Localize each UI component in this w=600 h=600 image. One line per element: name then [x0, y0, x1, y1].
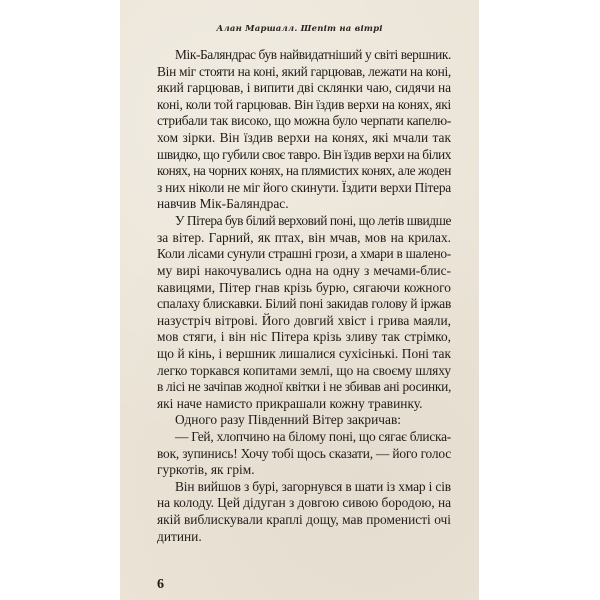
text-line: якій виблискували краплі дощу, мав проме… [157, 512, 451, 529]
text-line: спалаху блискавки. Білий поні закидав го… [157, 296, 451, 313]
text-line: конях, на чорних конях, на плямистих кон… [157, 163, 451, 180]
text-line: му вирі накочувались одна на одну з меча… [157, 263, 451, 280]
text-line: кавицями, Пітер гнав крізь бурю, сягаючи… [157, 280, 451, 297]
text-line: з них ніколи не міг його скинути. Їздити… [157, 180, 451, 197]
text-line: Він вийшов з бурі, загорнувся в шати із … [157, 479, 451, 496]
text-line: стрибали так високо, що можна було черпа… [157, 113, 451, 130]
text-line: що й кінь, і вершник лишалися сухісінькі… [157, 346, 451, 363]
text-line: коні, коли той гарцював. Він їздив верхи… [157, 97, 451, 114]
running-head: Алан Маршалл. Шепіт на вітрі [120, 24, 479, 34]
text-line: хом зірки. Він їздив верхи на конях, які… [157, 130, 451, 147]
text-line: який гарцював, і випити дві склянки чаю,… [157, 80, 451, 97]
text-line: — Гей, хлопчино на білому поні, що сягає… [157, 429, 451, 446]
text-line: дитини. [157, 529, 451, 546]
text-line: навчив Мік-Баляндрас. [157, 196, 451, 213]
text-line: назустріч вітрові. Його довгий хвіст і г… [157, 313, 451, 330]
body-text: Мік-Баляндрас був найвидатніший у світі … [157, 47, 451, 545]
text-line: Він міг стояти на коні, який гарцював, л… [157, 64, 451, 81]
text-line: гуркотів, як грім. [157, 462, 451, 479]
page-number: 6 [157, 577, 164, 593]
text-line: Одного разу Південний Вітер закричав: [157, 412, 451, 429]
text-line: за вітер. Гарний, як птах, він мчав, мов… [157, 230, 451, 247]
text-line: які наче намисто прикрашали кожну травин… [157, 396, 451, 413]
text-line: на колоду. Цей дідуган з довгою сивою бо… [157, 495, 451, 512]
text-line: У Пітера був білий верховий поні, що лет… [157, 213, 451, 230]
text-line: легко торкався копитами землі, що на сво… [157, 363, 451, 380]
text-line: Мік-Баляндрас був найвидатніший у світі … [157, 47, 451, 64]
text-line: Коли лісами сунули страшні грози, а хмар… [157, 246, 451, 263]
text-line: вок, зупинись! Хочу тобі щось сказати, —… [157, 446, 451, 463]
book-page: Алан Маршалл. Шепіт на вітрі Мік-Баляндр… [120, 0, 479, 600]
text-line: мов стяги, і він ніс Пітера крізь зливу … [157, 329, 451, 346]
text-line: швидко, що губили своє тавро. Він їздив … [157, 147, 451, 164]
text-line: в лісі не зачіпав жодної квітки і не зби… [157, 379, 451, 396]
